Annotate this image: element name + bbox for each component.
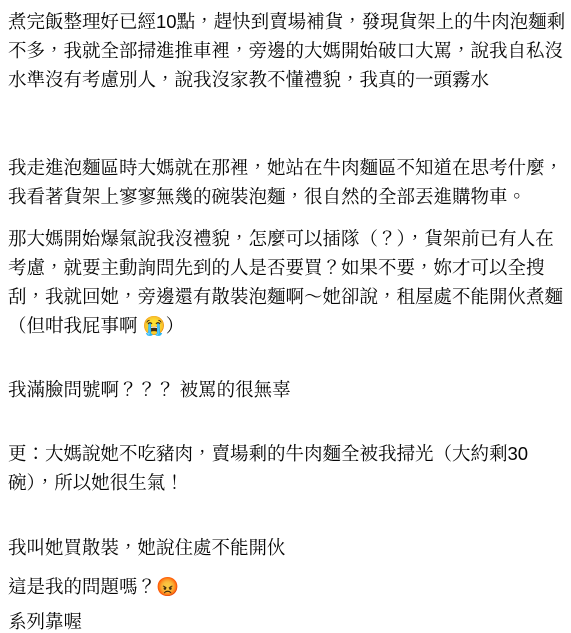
post-text-line: 我叫她買散裝，她說住處不能開伙 bbox=[8, 533, 563, 562]
post-paragraph: 那大媽開始爆氣說我沒禮貌，怎麼可以插隊（？），貨架前已有人在考慮，就要主動詢問先… bbox=[8, 224, 563, 340]
post-text-line: 不多，我就全部掃進推車裡，旁邊的大媽開始破口大罵，說我自私沒 bbox=[8, 36, 563, 65]
post-text-line: 煮完飯整理好已經10點，趕快到賣場補貨，發現貨架上的牛肉泡麵剩 bbox=[8, 7, 563, 36]
post-text-line: 系列靠喔 bbox=[8, 607, 563, 633]
post-paragraph: 系列靠喔 bbox=[8, 607, 563, 633]
post-text-line: 那大媽開始爆氣說我沒禮貌，怎麼可以插隊（？），貨架前已有人在 bbox=[8, 224, 563, 253]
post-text-line: 我看著貨架上寥寥無幾的碗裝泡麵，很自然的全部丟進購物車。 bbox=[8, 182, 563, 211]
post-text-line: 碗），所以她很生氣！ bbox=[8, 468, 563, 497]
post-paragraph: 煮完飯整理好已經10點，趕快到賣場補貨，發現貨架上的牛肉泡麵剩不多，我就全部掃進… bbox=[8, 7, 563, 94]
post-text-line: （但咁我屁事啊 😭） bbox=[8, 311, 563, 340]
post-paragraph: 我滿臉問號啊？？？ 被罵的很無辜 bbox=[8, 375, 563, 404]
post-text-line: 水準沒有考慮別人，說我沒家教不懂禮貌，我真的一頭霧水 bbox=[8, 65, 563, 94]
post-text-line: 我滿臉問號啊？？？ 被罵的很無辜 bbox=[8, 375, 563, 404]
post-paragraph: 我走進泡麵區時大媽就在那裡，她站在牛肉麵區不知道在思考什麼，我看著貨架上寥寥無幾… bbox=[8, 153, 563, 211]
post-text-line: 我走進泡麵區時大媽就在那裡，她站在牛肉麵區不知道在思考什麼， bbox=[8, 153, 563, 182]
post-text-line: 刮，我就回她，旁邊還有散裝泡麵啊～她卻說，租屋處不能開伙煮麵 bbox=[8, 282, 563, 311]
post-text-line: 考慮，就要主動詢問先到的人是否要買？如果不要，妳才可以全搜 bbox=[8, 253, 563, 282]
post-paragraph: 這是我的問題嗎？😡 bbox=[8, 572, 563, 601]
post-text-line: 這是我的問題嗎？😡 bbox=[8, 572, 563, 601]
post-text-line: 更：大媽說她不吃豬肉，賣場剩的牛肉麵全被我掃光（大約剩30 bbox=[8, 439, 563, 468]
post-body: 煮完飯整理好已經10點，趕快到賣場補貨，發現貨架上的牛肉泡麵剩不多，我就全部掃進… bbox=[0, 0, 571, 633]
post-paragraph: 我叫她買散裝，她說住處不能開伙 bbox=[8, 533, 563, 562]
post-paragraph: 更：大媽說她不吃豬肉，賣場剩的牛肉麵全被我掃光（大約剩30碗），所以她很生氣！ bbox=[8, 439, 563, 497]
